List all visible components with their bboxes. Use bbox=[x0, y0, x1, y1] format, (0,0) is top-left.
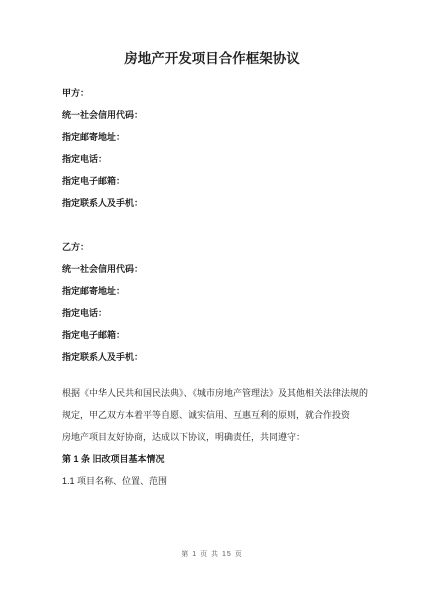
party-a-field-phone: 指定电话： bbox=[62, 148, 362, 170]
party-b-heading: 乙方： bbox=[62, 236, 362, 258]
party-b-field-email: 指定电子邮箱： bbox=[62, 324, 362, 346]
clause-1-item-1-1: 1.1 项目名称、位置、范围 bbox=[62, 470, 362, 492]
party-a-field-contact-mobile: 指定联系人及手机： bbox=[62, 192, 362, 214]
party-a-field-mailing-address: 指定邮寄地址： bbox=[62, 126, 362, 148]
preamble-line-3: 房地产项目友好协商，达成以下协议，明确责任，共同遵守： bbox=[62, 426, 362, 448]
preamble-section: 根据《中华人民共和国民法典》、《城市房地产管理法》及其他相关法律法规的 规定，甲… bbox=[62, 382, 362, 448]
party-b-field-mailing-address: 指定邮寄地址： bbox=[62, 280, 362, 302]
party-a-heading: 甲方： bbox=[62, 82, 362, 104]
party-b-field-phone: 指定电话： bbox=[62, 302, 362, 324]
party-b-field-credit-code: 统一社会信用代码： bbox=[62, 258, 362, 280]
document-page: 房地产开发项目合作框架协议 甲方： 统一社会信用代码： 指定邮寄地址： 指定电话… bbox=[0, 0, 424, 600]
clause-1-heading: 第 1 条 旧改项目基本情况 bbox=[62, 448, 362, 470]
clause-1-section: 第 1 条 旧改项目基本情况 1.1 项目名称、位置、范围 bbox=[62, 448, 362, 492]
party-a-field-email: 指定电子邮箱： bbox=[62, 170, 362, 192]
party-b-field-contact-mobile: 指定联系人及手机： bbox=[62, 346, 362, 368]
party-a-section: 甲方： 统一社会信用代码： 指定邮寄地址： 指定电话： 指定电子邮箱： 指定联系… bbox=[62, 82, 362, 214]
preamble-line-1: 根据《中华人民共和国民法典》、《城市房地产管理法》及其他相关法律法规的 bbox=[62, 382, 362, 404]
document-title: 房地产开发项目合作框架协议 bbox=[62, 50, 362, 68]
preamble-line-2: 规定，甲乙双方本着平等自愿、诚实信用、互惠互利的原则，就合作投资 bbox=[62, 404, 362, 426]
party-b-section: 乙方： 统一社会信用代码： 指定邮寄地址： 指定电话： 指定电子邮箱： 指定联系… bbox=[62, 236, 362, 368]
party-a-field-credit-code: 统一社会信用代码： bbox=[62, 104, 362, 126]
page-number-indicator: 第 1 页 共 15 页 bbox=[0, 550, 424, 559]
